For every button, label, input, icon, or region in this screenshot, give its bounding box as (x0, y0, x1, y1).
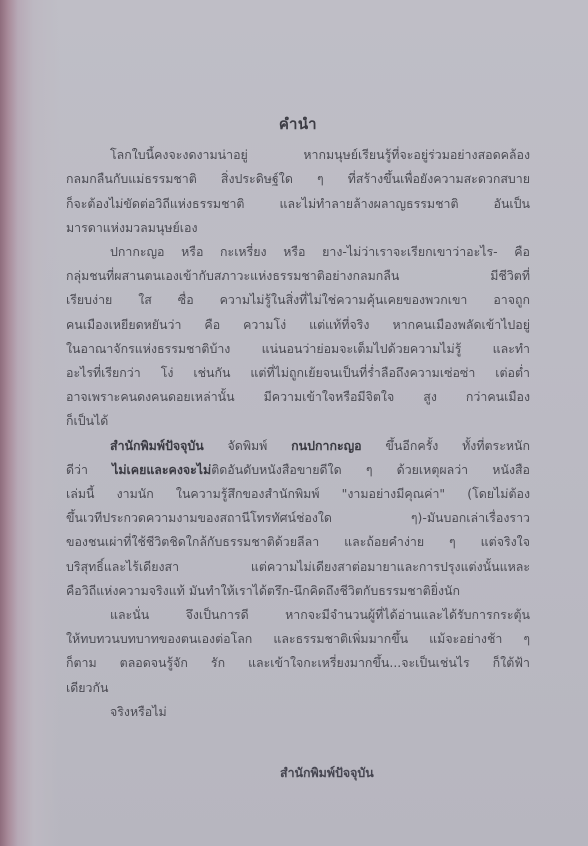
text-line: ก็จะต้องไม่ขัดต่อวิถีแห่งธรรมชาติ และไม่… (66, 192, 530, 216)
text-line: ปกากะญอ หรือ กะเหรี่ยง หรือ ยาง-ไม่ว่าเร… (66, 240, 530, 264)
text-line: กลุ่มชนที่ผสานตนเองเข้ากับสภาวะแห่งธรรมช… (66, 264, 530, 288)
text-line: สำนักพิมพ์ปัจจุบัน จัดพิมพ์ กนปกากะญอ ขึ… (66, 434, 530, 458)
publisher-name: สำนักพิมพ์ปัจจุบัน (110, 438, 204, 453)
text-line: ดีว่า ไม่เคยและคงจะไม่ติดอันดับหนังสือขา… (66, 458, 530, 482)
paragraph-2: ปกากะญอ หรือ กะเหรี่ยง หรือ ยาง-ไม่ว่าเร… (66, 240, 530, 434)
page-title: คำนำ (66, 112, 530, 136)
text-line: จริงหรือไม่ (66, 700, 530, 724)
emphasis-text: ไม่เคยและคงจะไม่ (112, 462, 211, 477)
text-line: และนั่น จึงเป็นการดี หากจะมีจำนวนผู้ที่ไ… (66, 603, 530, 627)
text-line: บริสุทธิ์และไร้เดียงสา แต่ความไม่เดียงสา… (66, 555, 530, 579)
paragraph-4: และนั่น จึงเป็นการดี หากจะมีจำนวนผู้ที่ไ… (66, 603, 530, 700)
signature: สำนักพิมพ์ปัจจุบัน (280, 764, 374, 783)
inline-text: ติดอันดับหนังสือขายดีใด ๆ ด้วยเหตุผลว่า … (211, 462, 530, 477)
paragraph-3: สำนักพิมพ์ปัจจุบัน จัดพิมพ์ กนปกากะญอ ขึ… (66, 434, 530, 603)
text-line: เรียบง่าย ใส ซื่อ ความไม่รู้ในสิ่งที่ไม่… (66, 288, 530, 312)
text-line: คือวิถีแห่งความจริงแท้ มันทำให้เราได้ตรึ… (66, 579, 530, 603)
text-line: ให้ทบทวนบทบาทของตนเองต่อโลก และธรรมชาติเ… (66, 627, 530, 651)
text-line: คนเมืองเหยียดหยันว่า คือ ความโง่ แต่แท้ท… (66, 313, 530, 337)
book-page-photo: คำนำ โลกใบนี้คงจะงดงามน่าอยู่ หากมนุษย์เ… (0, 0, 588, 846)
paragraph-5: จริงหรือไม่ (66, 700, 530, 724)
text-line: โลกใบนี้คงจะงดงามน่าอยู่ หากมนุษย์เรียนร… (66, 143, 530, 167)
text-line: อาจเพราะคนดงคนดอยเหล่านั้น มีความเข้าใจห… (66, 385, 530, 409)
text-line: ของชนเผ่าที่ใช้ชีวิตชิดใกล้กับธรรมชาติด้… (66, 530, 530, 554)
book-title: กนปกากะญอ (291, 438, 361, 453)
preface-page: คำนำ โลกใบนี้คงจะงดงามน่าอยู่ หากมนุษย์เ… (66, 112, 530, 724)
text-line: มารดาแห่งมวลมนุษย์เอง (66, 216, 530, 240)
inline-text: ขึ้นอีกครั้ง ทั้งที่ตระหนัก (362, 438, 530, 453)
paragraph-1: โลกใบนี้คงจะงดงามน่าอยู่ หากมนุษย์เรียนร… (66, 143, 530, 240)
text-line: ในอาณาจักรแห่งธรรมชาติบ้าง แน่นอนว่าย่อม… (66, 337, 530, 361)
text-line: เดียวกัน (66, 676, 530, 700)
inline-text: ดีว่า (66, 462, 112, 477)
text-line: เล่มนี้ งามนัก ในความรู้สึกของสำนักพิมพ์… (66, 482, 530, 506)
text-line: ขึ้นเวทีประกวดความงามของสถานีโทรทัศน์ช่อ… (66, 506, 530, 530)
text-line: ก็ตาม ตลอดจนรู้จัก รัก และเข้าใจกะเหรี่ย… (66, 651, 530, 675)
inline-text: จัดพิมพ์ (204, 438, 291, 453)
text-line: ก็เป็นได้ (66, 409, 530, 433)
text-line: อะไรที่เรียกว่า โง่ เช่นกัน แต่ที่ไม่ถูก… (66, 361, 530, 385)
text-line: กลมกลืนกับแม่ธรรมชาติ สิ่งประดิษฐ์ใด ๆ ท… (66, 167, 530, 191)
